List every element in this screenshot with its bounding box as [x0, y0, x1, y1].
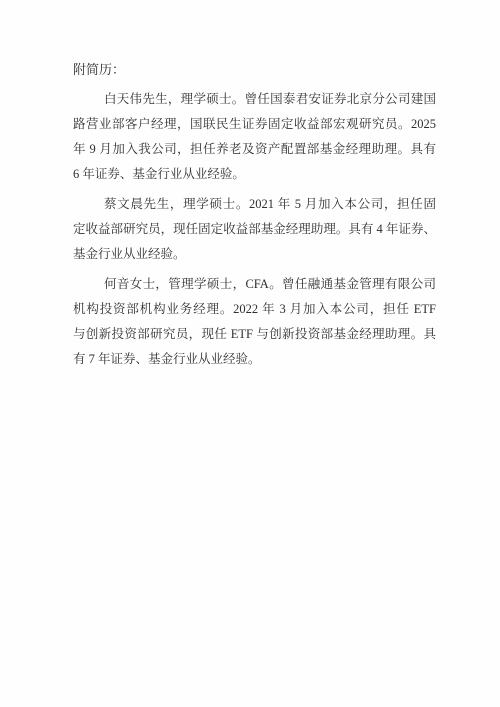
resume-paragraph: 蔡文晨先生，理学硕士。2021 年 5 月加入本公司，担任固定收益部研究员，现任… [73, 192, 436, 267]
text-line: 与创新投资部研究员，现任 ETF 与创新投资部基金经理助理。具 [73, 322, 436, 347]
resume-heading: 附简历： [73, 57, 436, 82]
resume-paragraphs: 白天伟先生，理学硕士。曾任国泰君安证券北京分公司建国路营业部客户经理，国联民生证… [73, 87, 436, 372]
text-line: 蔡文晨先生，理学硕士。2021 年 5 月加入本公司，担任固 [73, 192, 436, 217]
text-line: 定收益部研究员，现任固定收益部基金经理助理。具有 4 年证券、 [73, 217, 436, 242]
resume-section: 附简历： 白天伟先生，理学硕士。曾任国泰君安证券北京分公司建国路营业部客户经理，… [73, 57, 436, 372]
text-line: 有 7 年证券、基金行业从业经验。 [73, 347, 436, 372]
resume-paragraph: 何音女士，管理学硕士，CFA。曾任融通基金管理有限公司机构投资部机构业务经理。2… [73, 272, 436, 372]
document-page: 附简历： 白天伟先生，理学硕士。曾任国泰君安证券北京分公司建国路营业部客户经理，… [0, 0, 500, 707]
text-line: 机构投资部机构业务经理。2022 年 3 月加入本公司，担任 ETF [73, 297, 436, 322]
text-line: 年 9 月加入我公司，担任养老及资产配置部基金经理助理。具有 [73, 137, 436, 162]
text-line: 路营业部客户经理，国联民生证券固定收益部宏观研究员。2025 [73, 112, 436, 137]
text-line: 基金行业从业经验。 [73, 242, 436, 267]
text-line: 6 年证券、基金行业从业经验。 [73, 162, 436, 187]
text-line: 白天伟先生，理学硕士。曾任国泰君安证券北京分公司建国 [73, 87, 436, 112]
text-line: 何音女士，管理学硕士，CFA。曾任融通基金管理有限公司 [73, 272, 436, 297]
resume-paragraph: 白天伟先生，理学硕士。曾任国泰君安证券北京分公司建国路营业部客户经理，国联民生证… [73, 87, 436, 187]
